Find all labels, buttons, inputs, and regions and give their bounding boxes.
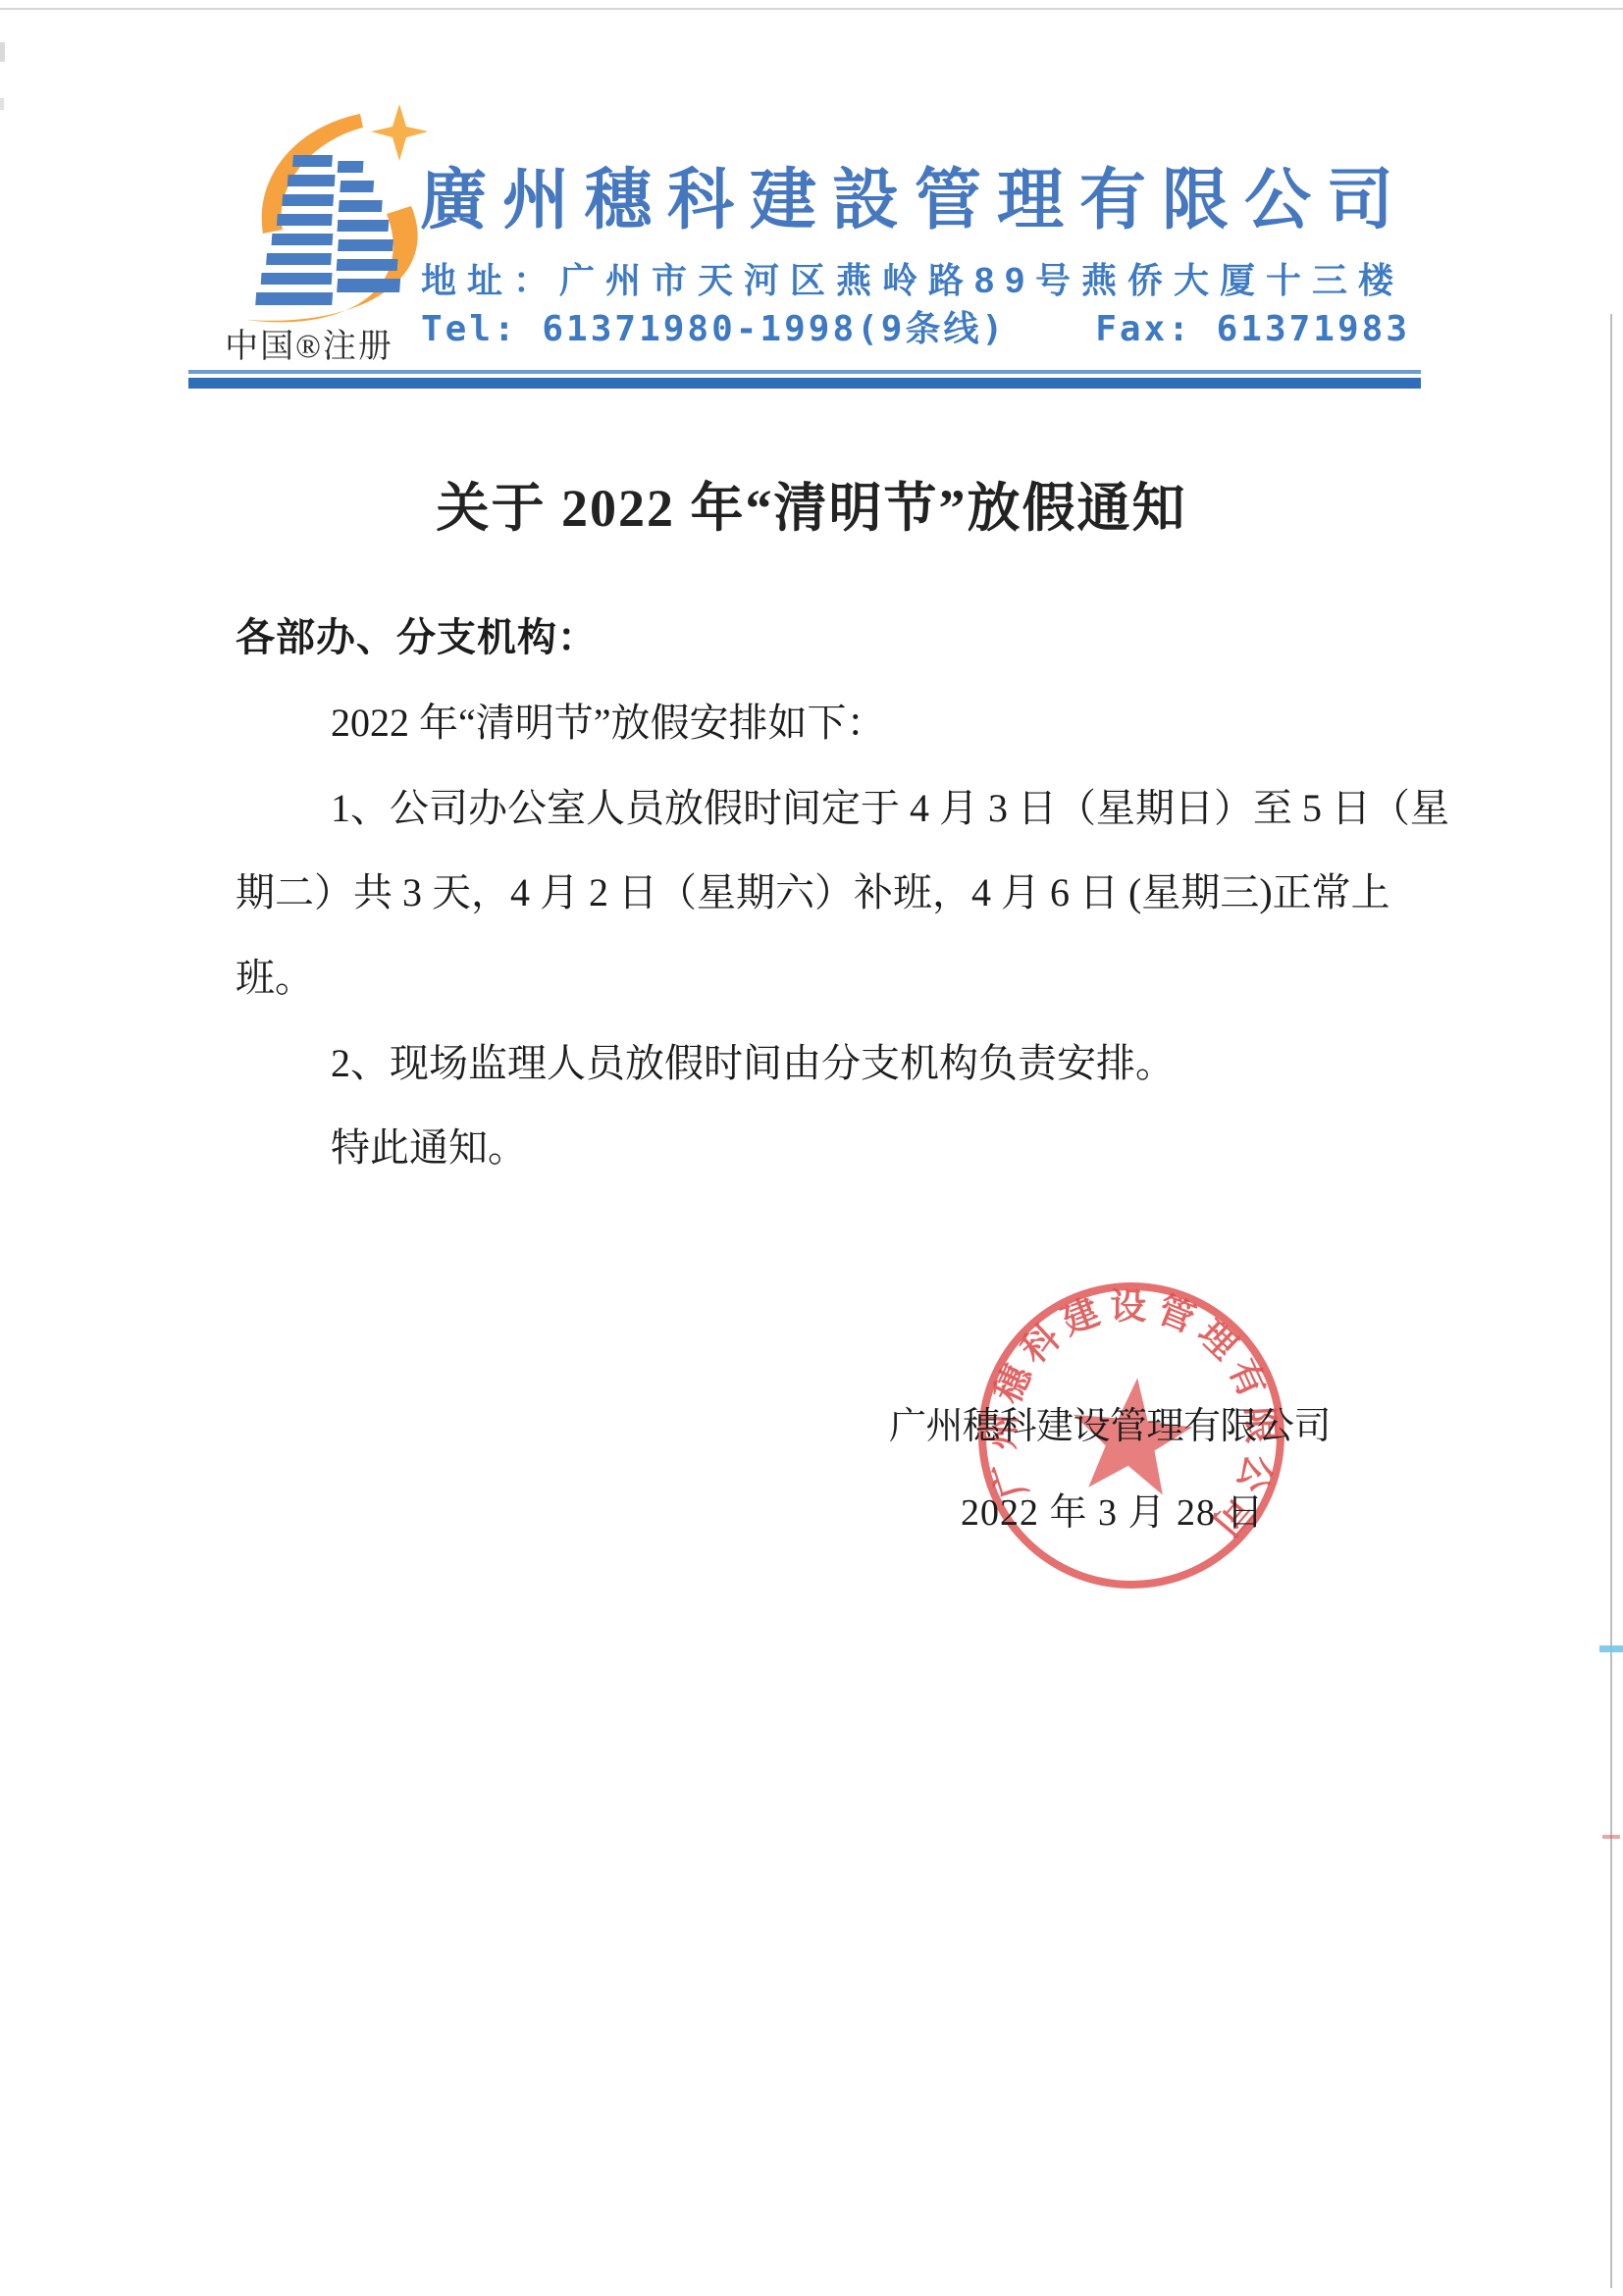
notice-line: 期二）共 3 天，4 月 2 日（星期六）补班，4 月 6 日 (星期三)正常上 bbox=[236, 868, 1390, 917]
scan-edge-red-tick bbox=[1602, 1835, 1620, 1839]
scan-edge-left-mark bbox=[0, 42, 5, 62]
scan-edge-left-mark2 bbox=[0, 98, 4, 110]
notice-title: 关于 2022 年“清明节”放假通知 bbox=[0, 478, 1623, 539]
notice-line: 1、公司办公室人员放假时间定于 4 月 3 日（星期日）至 5 日（星 bbox=[331, 784, 1449, 833]
company-tel: Tel: 61371980-1998(9条线) bbox=[421, 310, 1006, 349]
notice-salutation: 各部办、分支机构： bbox=[236, 613, 598, 662]
notice-line: 特此通知。 bbox=[331, 1123, 527, 1173]
letterhead-rule-thick bbox=[188, 378, 1421, 389]
scanned-notice-page: 中国®注册 廣州穗科建設管理有限公司 地址：广州市天河区燕岭路89号燕侨大厦十三… bbox=[0, 0, 1623, 2296]
scan-edge-right-line bbox=[1610, 314, 1612, 2288]
signature-date: 2022 年 3 月 28 日 bbox=[961, 1482, 1265, 1536]
letterhead-rule-thin bbox=[188, 370, 1421, 374]
company-logo bbox=[191, 98, 427, 329]
company-fax: Fax: 61371983 bbox=[1095, 310, 1410, 349]
notice-line: 2、现场监理人员放假时间由分支机构负责安排。 bbox=[331, 1039, 1175, 1088]
company-address: 地址：广州市天河区燕岭路89号燕侨大厦十三楼 bbox=[421, 261, 1412, 300]
notice-line: 班。 bbox=[236, 954, 314, 1003]
company-name: 廣州穗科建設管理有限公司 bbox=[420, 167, 1411, 234]
signature-company: 广州穗科建设管理有限公司 bbox=[889, 1395, 1331, 1449]
scan-edge-top-line bbox=[0, 8, 1623, 10]
company-telfax-row: Tel: 61371980-1998(9条线) Fax: 61371983 bbox=[421, 310, 1410, 349]
scan-edge-blue-tick bbox=[1599, 1645, 1623, 1652]
logo-registered-label: 中国®注册 bbox=[191, 319, 427, 367]
logo-star-icon bbox=[371, 104, 427, 161]
notice-line: 2022 年“清明节”放假安排如下： bbox=[331, 699, 886, 748]
